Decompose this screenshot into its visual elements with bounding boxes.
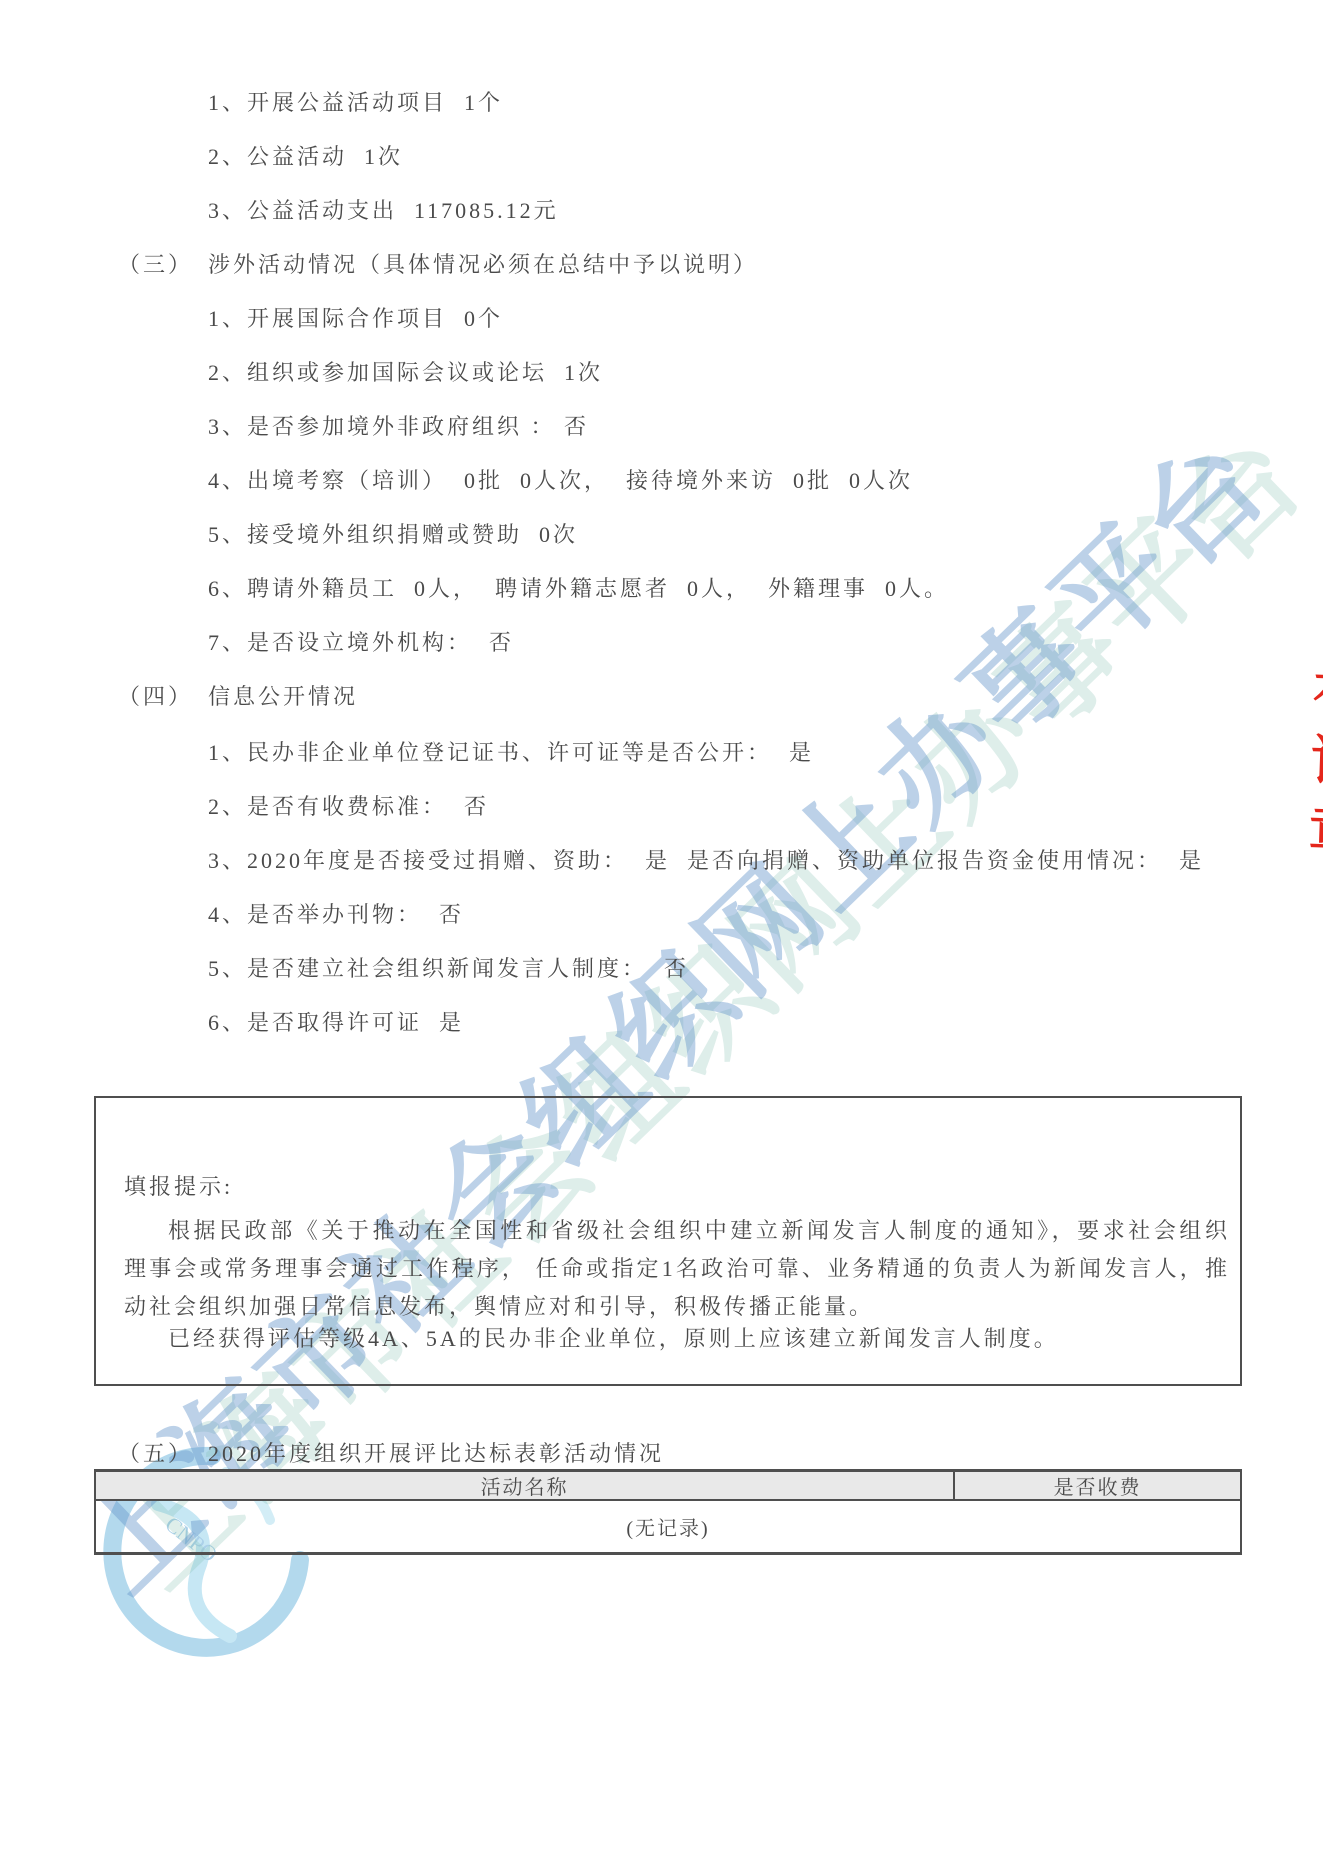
annual-report-page: { "doc": { "intro_items": [ "1、开展公益活动项目 …	[0, 0, 1323, 1871]
section3-item-7: 7、是否设立境外机构： 否	[208, 630, 514, 656]
section3-item-5: 5、接受境外组织捐赠或赞助 0次	[208, 522, 578, 548]
section3-item-3: 3、是否参加境外非政府组织 ： 否	[208, 414, 589, 440]
document-body: 1、开展公益活动项目 1个 2、公益活动 1次 3、公益活动支出 117085.…	[0, 0, 1323, 1871]
section5-title: 2020年度组织开展评比达标表彰活动情况	[208, 1441, 664, 1467]
intro-item-2: 2、公益活动 1次	[208, 144, 403, 170]
section3-item-6: 6、聘请外籍员工 0人， 聘请外籍志愿者 0人， 外籍理事 0人。	[208, 576, 949, 602]
red-stamp-fragment: 社证章	[1300, 666, 1323, 914]
section5-label: （五）	[118, 1441, 193, 1467]
section3-label: （三）	[118, 252, 193, 278]
notice-title: 填报提示:	[124, 1170, 233, 1201]
awards-table-header-fee: 是否收费	[955, 1472, 1240, 1499]
section4-label: （四）	[118, 684, 193, 710]
section3-item-2: 2、组织或参加国际会议或论坛 1次	[208, 360, 603, 386]
section3-item-4: 4、出境考察（培训） 0批 0人次， 接待境外来访 0批 0人次	[208, 468, 913, 494]
section4-item-4: 4、是否举办刊物： 否	[208, 902, 464, 928]
awards-table-empty-row: (无记录)	[96, 1501, 1240, 1552]
section4-item-6: 6、是否取得许可证 是	[208, 1010, 464, 1036]
section4-item-2: 2、是否有收费标准： 否	[208, 794, 489, 820]
section4-item-1: 1、民办非企业单位登记证书、许可证等是否公开： 是	[208, 740, 814, 766]
section4-item-5: 5、是否建立社会组织新闻发言人制度： 否	[208, 956, 689, 982]
notice-paragraph-2: 已经获得评估等级4A、5A的民办非企业单位，原则上应该建立新闻发言人制度。	[124, 1320, 1230, 1358]
intro-item-3: 3、公益活动支出 117085.12元	[208, 198, 559, 224]
awards-table-header-row: 活动名称 是否收费	[96, 1472, 1240, 1501]
awards-table-header-activity-name: 活动名称	[96, 1472, 955, 1499]
awards-table: 活动名称 是否收费 (无记录)	[94, 1469, 1242, 1555]
intro-item-1: 1、开展公益活动项目 1个	[208, 90, 503, 116]
red-stamp-glyphs: 社证章	[1300, 666, 1323, 873]
section4-title: 信息公开情况	[208, 684, 358, 710]
notice-box: 填报提示: 根据民政部《关于推动在全国性和省级社会组织中建立新闻发言人制度的通知…	[94, 1096, 1242, 1386]
section3-title: 涉外活动情况（具体情况必须在总结中予以说明）	[208, 252, 758, 278]
section4-item-3: 3、2020年度是否接受过捐赠、资助： 是 是否向捐赠、资助单位报告资金使用情况…	[208, 848, 1204, 874]
notice-paragraph-1: 根据民政部《关于推动在全国性和省级社会组织中建立新闻发言人制度的通知》，要求社会…	[124, 1212, 1230, 1326]
section3-item-1: 1、开展国际合作项目 0个	[208, 306, 503, 332]
